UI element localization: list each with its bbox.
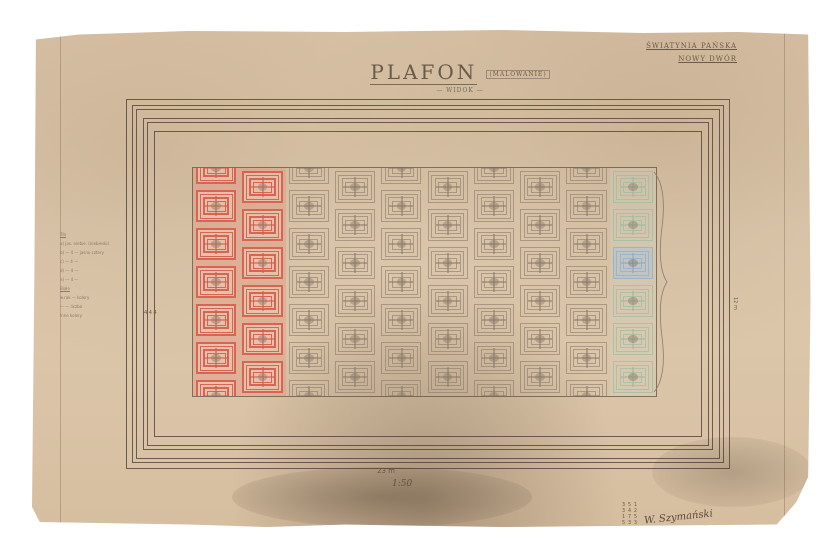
ceiling-tile (196, 304, 236, 336)
ceiling-tile-grid (192, 167, 657, 397)
title-block: PLAFON (MALOWANIE) — WIDOK — (370, 60, 550, 94)
tile-column (610, 168, 656, 396)
tile-column (193, 168, 239, 396)
ceiling-tile (428, 247, 468, 279)
ceiling-tile (520, 285, 560, 317)
ceiling-tile (335, 209, 375, 241)
ceiling-tile (242, 209, 282, 241)
ceiling-tile (335, 285, 375, 317)
margin-calculation: 3 5 1 3 4 2 1 7 5 5 3 3 (622, 502, 637, 526)
drawing-sheet: PLAFON (MALOWANIE) — WIDOK — ŚWIĄTYNIA P… (32, 27, 816, 527)
ceiling-tile (613, 323, 653, 355)
stain (232, 467, 532, 527)
legend-line: Białe (60, 284, 130, 293)
ceiling-tile (566, 304, 606, 336)
ceiling-tile (335, 323, 375, 355)
ceiling-tile (381, 167, 421, 184)
ceiling-tile (566, 380, 606, 397)
drawing-title: PLAFON (370, 60, 477, 85)
ceiling-tile (196, 228, 236, 260)
ceiling-tile (242, 171, 282, 203)
fold-line-right (784, 27, 785, 527)
ceiling-tile (242, 247, 282, 279)
ceiling-tile (428, 209, 468, 241)
ceiling-tile (474, 304, 514, 336)
tile-column (425, 168, 471, 396)
ceiling-tile (289, 304, 329, 336)
ceiling-tile (196, 342, 236, 374)
ceiling-tile (520, 209, 560, 241)
ceiling-tile (381, 266, 421, 298)
ceiling-tile (613, 209, 653, 241)
tile-column (471, 168, 517, 396)
ceiling-tile (242, 361, 282, 393)
ceiling-tile (520, 171, 560, 203)
location-label: ŚWIĄTYNIA PAŃSKA NOWY DWÓR (627, 40, 737, 66)
title-note: (MALOWANIE) (486, 70, 549, 79)
color-legend: Tło a) jas. niebie. (niebieski) b) — 4 —… (60, 230, 130, 320)
tile-column (517, 168, 563, 396)
legend-line: d) — 4 — (60, 266, 130, 275)
ceiling-tile (474, 228, 514, 260)
ceiling-tile (613, 361, 653, 393)
legend-line: c) — 4 — (60, 257, 130, 266)
ceiling-tile (613, 171, 653, 203)
bracket-curve (652, 167, 672, 397)
ceiling-tile (428, 361, 468, 393)
scale-label: 1:50 (392, 479, 412, 489)
ceiling-tile (613, 285, 653, 317)
ceiling-tile (428, 323, 468, 355)
tile-column (286, 168, 332, 396)
legend-line: — — liczba (60, 302, 130, 311)
ceiling-tile (381, 380, 421, 397)
ceiling-tile (381, 342, 421, 374)
ceiling-tile (381, 190, 421, 222)
legend-line: Inne kolory (60, 311, 130, 320)
ceiling-tile (474, 342, 514, 374)
legend-line: Tło (60, 230, 130, 239)
legend-line: b) — 4 — jasno cztery (60, 248, 130, 257)
location-line-1: ŚWIĄTYNIA PAŃSKA (627, 40, 737, 53)
ceiling-tile (289, 228, 329, 260)
ceiling-tile (289, 167, 329, 184)
ceiling-tile (335, 247, 375, 279)
ceiling-tile (474, 380, 514, 397)
ceiling-tile (520, 361, 560, 393)
ceiling-tile (474, 167, 514, 184)
ceiling-tile (196, 190, 236, 222)
tile-column (239, 168, 285, 396)
ceiling-tile (613, 247, 653, 279)
location-line-2: NOWY DWÓR (627, 53, 737, 66)
ceiling-tile (196, 380, 236, 397)
ceiling-tile (566, 266, 606, 298)
tile-column (332, 168, 378, 396)
ceiling-tile (289, 342, 329, 374)
legend-line: e) — 4 — (60, 275, 130, 284)
ceiling-tile (242, 285, 282, 317)
ceiling-tile (520, 323, 560, 355)
ceiling-tile (566, 167, 606, 184)
ceiling-tile (566, 228, 606, 260)
ceiling-tile (335, 171, 375, 203)
ceiling-tile (520, 247, 560, 279)
ceiling-tile (289, 266, 329, 298)
signature-date: 1892 (692, 524, 708, 533)
ceiling-tile (474, 190, 514, 222)
tile-column (378, 168, 424, 396)
ceiling-tile (474, 266, 514, 298)
drawing-subtitle: — WIDOK — (370, 87, 550, 94)
ceiling-tile (335, 361, 375, 393)
dimension-bottom: 23 m (377, 467, 395, 475)
ceiling-tile (566, 190, 606, 222)
legend-line: a) jas. niebie. (niebieski) (60, 239, 130, 248)
ceiling-tile (242, 323, 282, 355)
ceiling-tile (289, 380, 329, 397)
ceiling-tile (428, 285, 468, 317)
ceiling-tile (289, 190, 329, 222)
legend-line: w.rak — kolory (60, 293, 130, 302)
ceiling-tile (196, 167, 236, 184)
ceiling-tile (381, 304, 421, 336)
ceiling-tile (381, 228, 421, 260)
dimension-left: 4 4 4 (144, 310, 157, 316)
ceiling-tile (196, 266, 236, 298)
ceiling-tile (566, 342, 606, 374)
dimension-right: 12 m (732, 297, 738, 310)
ceiling-tile (428, 171, 468, 203)
tile-column (563, 168, 609, 396)
